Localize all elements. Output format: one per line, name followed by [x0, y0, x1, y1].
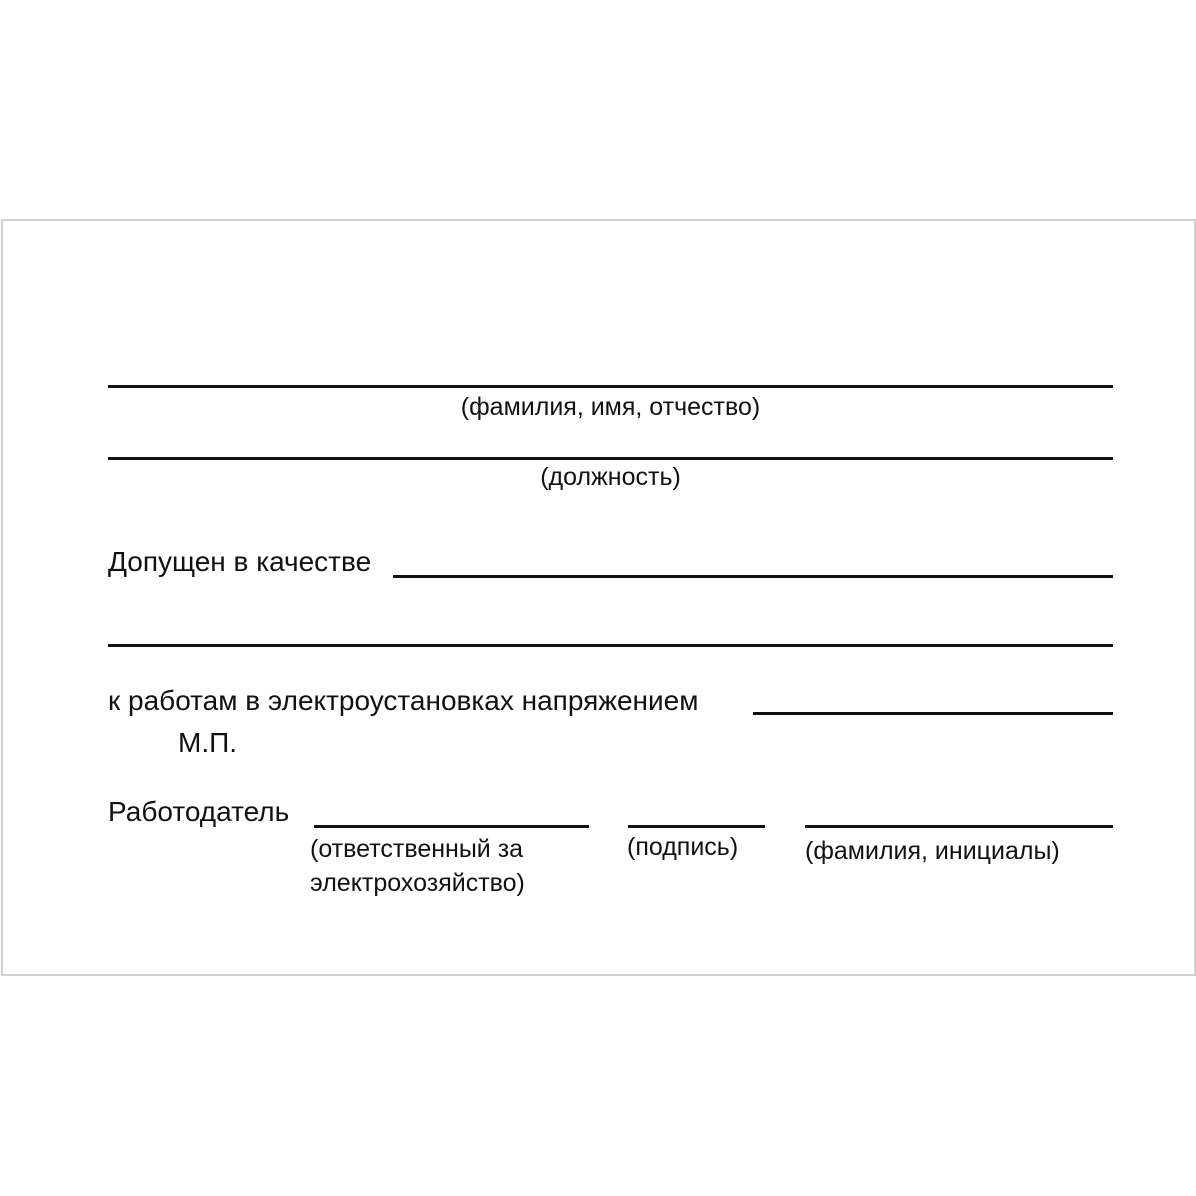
position-caption: (должность) — [108, 460, 1113, 494]
surname-initials-field[interactable] — [805, 825, 1113, 828]
voltage-label: к работам в электроустановках напряжение… — [108, 685, 698, 717]
admitted-as-field[interactable] — [393, 575, 1113, 578]
full-name-field[interactable] — [108, 385, 1113, 388]
admitted-as-continued-field[interactable] — [108, 644, 1113, 647]
responsible-caption-line2: электрохозяйство) — [310, 866, 525, 900]
full-name-caption: (фамилия, имя, отчество) — [108, 390, 1113, 424]
voltage-field[interactable] — [753, 712, 1113, 715]
signature-caption: (подпись) — [627, 830, 738, 864]
employer-label: Работодатель — [108, 796, 289, 828]
responsible-caption-line1: (ответственный за — [310, 832, 523, 866]
responsible-person-field[interactable] — [314, 825, 589, 828]
surname-initials-caption: (фамилия, инициалы) — [805, 834, 1060, 868]
seal-label: М.П. — [178, 727, 237, 759]
signature-field[interactable] — [628, 825, 765, 828]
admitted-as-label: Допущен в качестве — [108, 546, 371, 578]
